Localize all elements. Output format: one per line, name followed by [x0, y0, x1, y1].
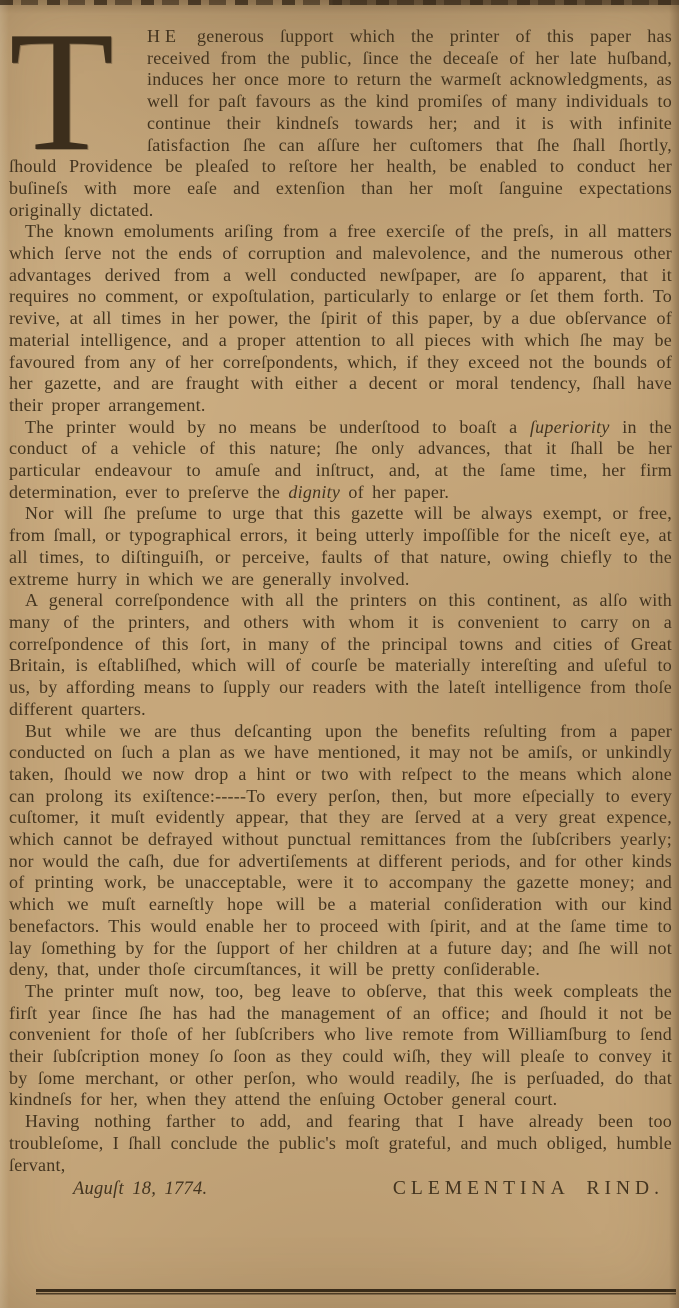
bottom-rule	[36, 1289, 676, 1296]
paragraph: The printer muſt now, too, beg leave to …	[9, 981, 672, 1111]
paragraph-text: The printer would by no means be underſt…	[25, 417, 530, 437]
paragraph-text: Having nothing farther to add, and feari…	[9, 1111, 672, 1174]
paragraph: The known emoluments ariſing from a free…	[9, 221, 672, 416]
signature-row: Auguſt 18, 1774. CLEMENTINA RIND.	[9, 1178, 672, 1201]
signature: CLEMENTINA RIND.	[393, 1178, 664, 1200]
paragraph-text: But while we are thus deſcanting upon th…	[9, 721, 672, 980]
paragraph-text: of her paper.	[340, 482, 449, 502]
emphasized-text: dignity	[288, 482, 340, 502]
article-body: THE generous ſupport which the printer o…	[9, 26, 672, 1201]
paragraph-text: The printer muſt now, too, beg leave to …	[9, 981, 672, 1110]
paragraph: Nor will ſhe preſume to urge that this g…	[9, 503, 672, 590]
newspaper-page: THE generous ſupport which the printer o…	[0, 0, 679, 1308]
emphasized-text: ſuperiority	[530, 417, 610, 437]
paragraph-text: The known emoluments ariſing from a free…	[9, 221, 672, 415]
paragraph: The printer would by no means be underſt…	[9, 417, 672, 504]
paragraph-text: Nor will ſhe preſume to urge that this g…	[9, 503, 672, 588]
paragraph: Having nothing farther to add, and feari…	[9, 1111, 672, 1176]
paragraph: THE generous ſupport which the printer o…	[9, 26, 672, 221]
paragraph-text: HE	[147, 26, 181, 46]
paragraph-text: A general correſpondence with all the pr…	[9, 590, 672, 719]
paragraph: A general correſpondence with all the pr…	[9, 590, 672, 720]
drop-cap-letter: T	[9, 26, 147, 154]
paragraph: But while we are thus deſcanting upon th…	[9, 721, 672, 981]
dateline: Auguſt 18, 1774.	[73, 1179, 207, 1201]
